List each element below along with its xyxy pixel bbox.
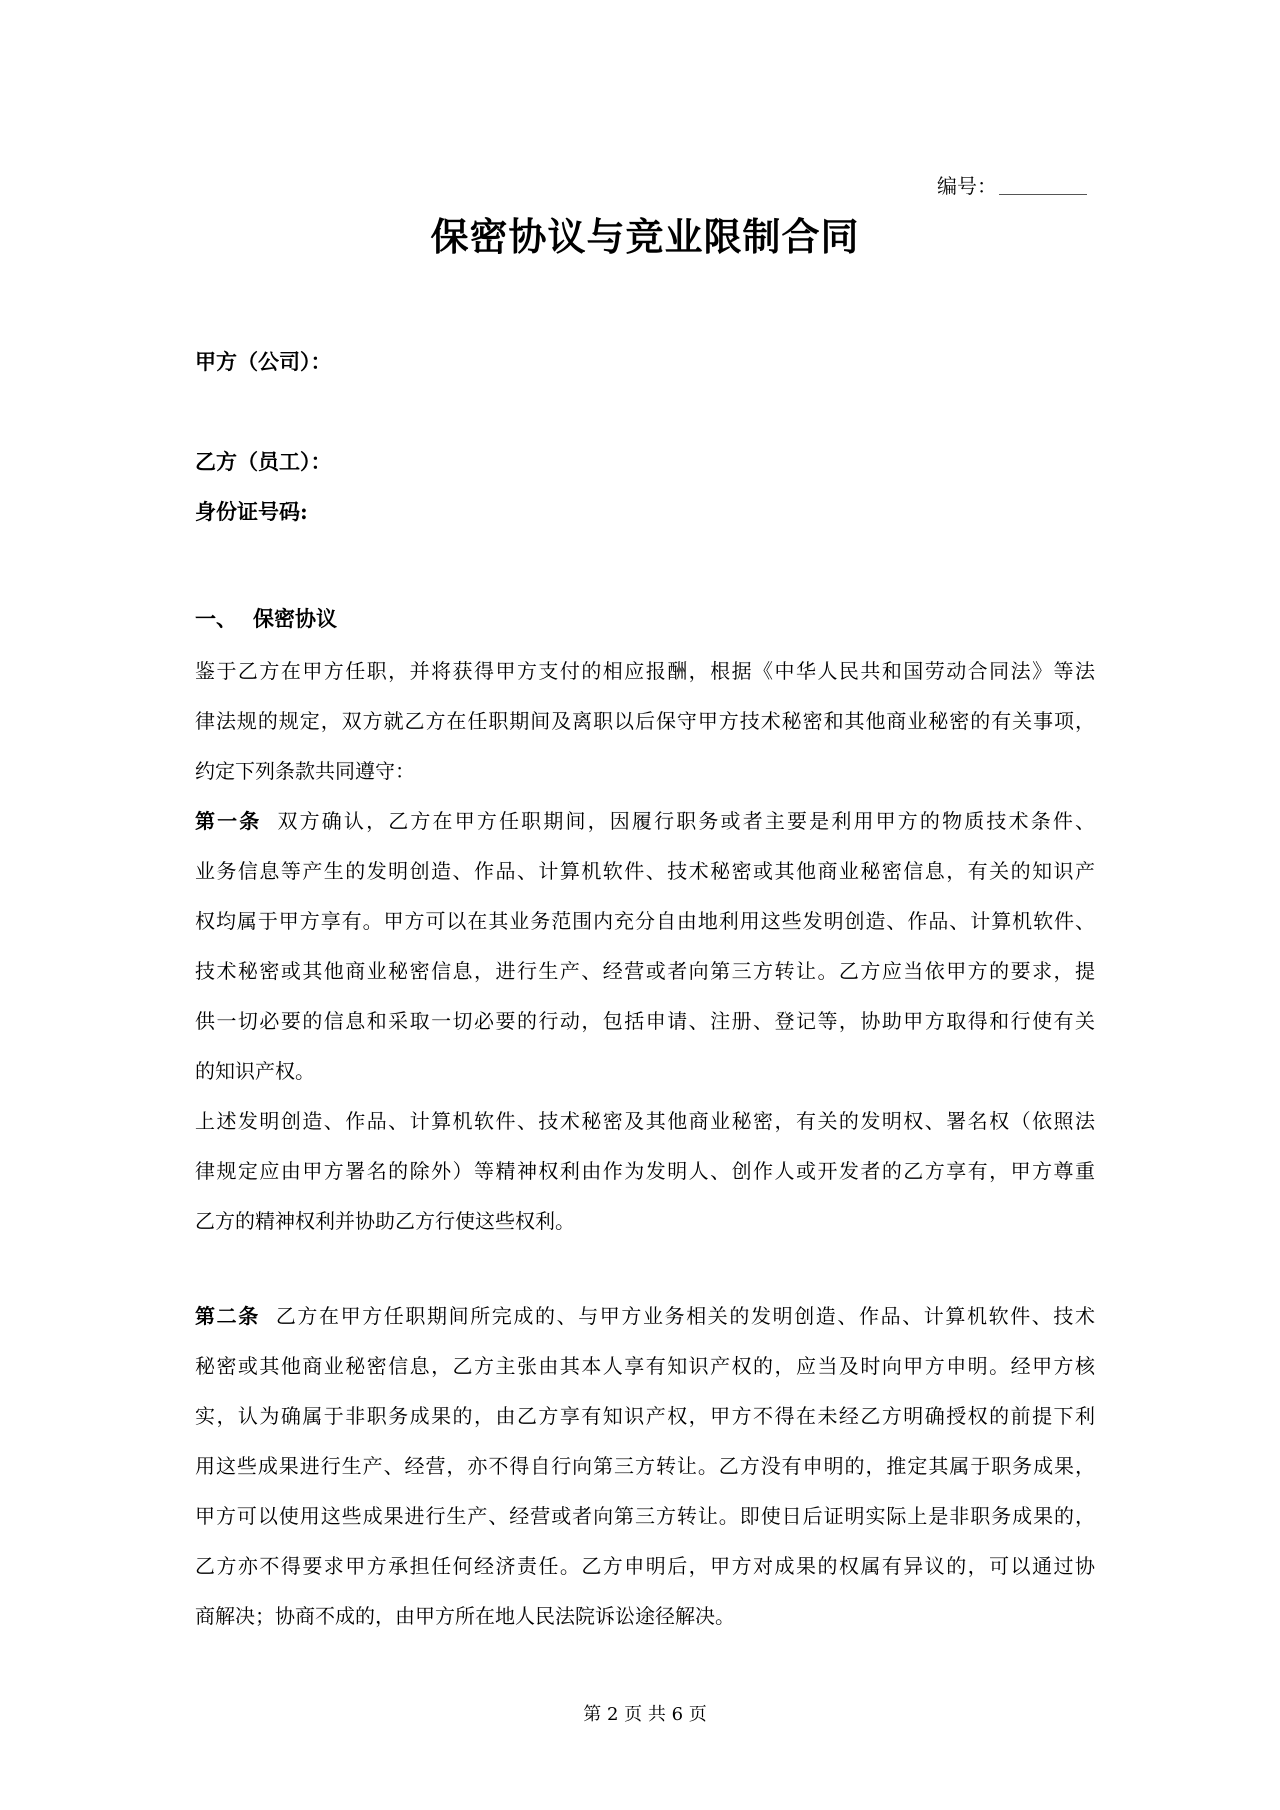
- id-number-label: 身份证号码:: [195, 496, 308, 526]
- section-index: 一、: [195, 606, 237, 631]
- body-line: 第一条双方确认，乙方在甲方任职期间，因履行职务或者主要是利用甲方的物质技术条件、: [195, 796, 1095, 846]
- page-footer: 第 2 页 共 6 页: [195, 1700, 1095, 1726]
- body-line: 权均属于甲方享有。甲方可以在其业务范围内充分自由地利用这些发明创造、作品、计算机…: [195, 896, 1095, 946]
- body-line: 律规定应由甲方署名的除外）等精神权利由作为发明人、创作人或开发者的乙方享有，甲方…: [195, 1146, 1095, 1196]
- section-title: 保密协议: [253, 606, 337, 631]
- doc-number-underline: [999, 176, 1087, 195]
- body-line: 乙方的精神权利并协助乙方行使这些权利。: [195, 1196, 1095, 1246]
- article-text: 乙方在甲方任职期间所完成的、与甲方业务相关的发明创造、作品、计算机软件、技术: [276, 1304, 1095, 1328]
- body-line: 上述发明创造、作品、计算机软件、技术秘密及其他商业秘密，有关的发明权、署名权（依…: [195, 1096, 1095, 1146]
- body-line: 商解决；协商不成的，由甲方所在地人民法院诉讼途径解决。: [195, 1591, 1095, 1641]
- body-line: 乙方亦不得要求甲方承担任何经济责任。乙方申明后，甲方对成果的权属有异议的，可以通…: [195, 1541, 1095, 1591]
- body-line: 实，认为确属于非职务成果的，由乙方享有知识产权，甲方不得在未经乙方明确授权的前提…: [195, 1391, 1095, 1441]
- doc-number: 编号：: [937, 170, 1087, 199]
- body-line: 鉴于乙方在甲方任职，并将获得甲方支付的相应报酬，根据《中华人民共和国劳动合同法》…: [195, 646, 1095, 696]
- body-line: 律法规的规定，双方就乙方在任职期间及离职以后保守甲方技术秘密和其他商业秘密的有关…: [195, 696, 1095, 746]
- section-heading: 一、保密协议: [195, 603, 337, 633]
- document-page: 编号： 保密协议与竞业限制合同 甲方（公司）： 乙方（员工）： 身份证号码: 一…: [0, 0, 1280, 1810]
- body-line: 约定下列条款共同遵守：: [195, 746, 1095, 796]
- contract-body: 鉴于乙方在甲方任职，并将获得甲方支付的相应报酬，根据《中华人民共和国劳动合同法》…: [195, 646, 1095, 1641]
- body-line: 秘密或其他商业秘密信息，乙方主张由其本人享有知识产权的，应当及时向甲方申明。经甲…: [195, 1341, 1095, 1391]
- party-b-label: 乙方（员工）：: [195, 446, 332, 476]
- body-line: 供一切必要的信息和采取一切必要的行动，包括申请、注册、登记等，协助甲方取得和行使…: [195, 996, 1095, 1046]
- article-label: 第二条: [195, 1304, 260, 1328]
- body-line: 用这些成果进行生产、经营，亦不得自行向第三方转让。乙方没有申明的，推定其属于职务…: [195, 1441, 1095, 1491]
- body-line: 技术秘密或其他商业秘密信息，进行生产、经营或者向第三方转让。乙方应当依甲方的要求…: [195, 946, 1095, 996]
- article-text: 双方确认，乙方在甲方任职期间，因履行职务或者主要是利用甲方的物质技术条件、: [277, 809, 1095, 833]
- article-label: 第一条: [195, 809, 261, 833]
- body-line: 第二条乙方在甲方任职期间所完成的、与甲方业务相关的发明创造、作品、计算机软件、技…: [195, 1291, 1095, 1341]
- doc-title: 保密协议与竞业限制合同: [195, 206, 1095, 261]
- body-line: 的知识产权。: [195, 1046, 1095, 1096]
- body-line: 甲方可以使用这些成果进行生产、经营或者向第三方转让。即使日后证明实际上是非职务成…: [195, 1491, 1095, 1541]
- doc-number-label: 编号：: [937, 174, 997, 198]
- body-line: 业务信息等产生的发明创造、作品、计算机软件、技术秘密或其他商业秘密信息，有关的知…: [195, 846, 1095, 896]
- party-a-label: 甲方（公司）：: [195, 346, 332, 376]
